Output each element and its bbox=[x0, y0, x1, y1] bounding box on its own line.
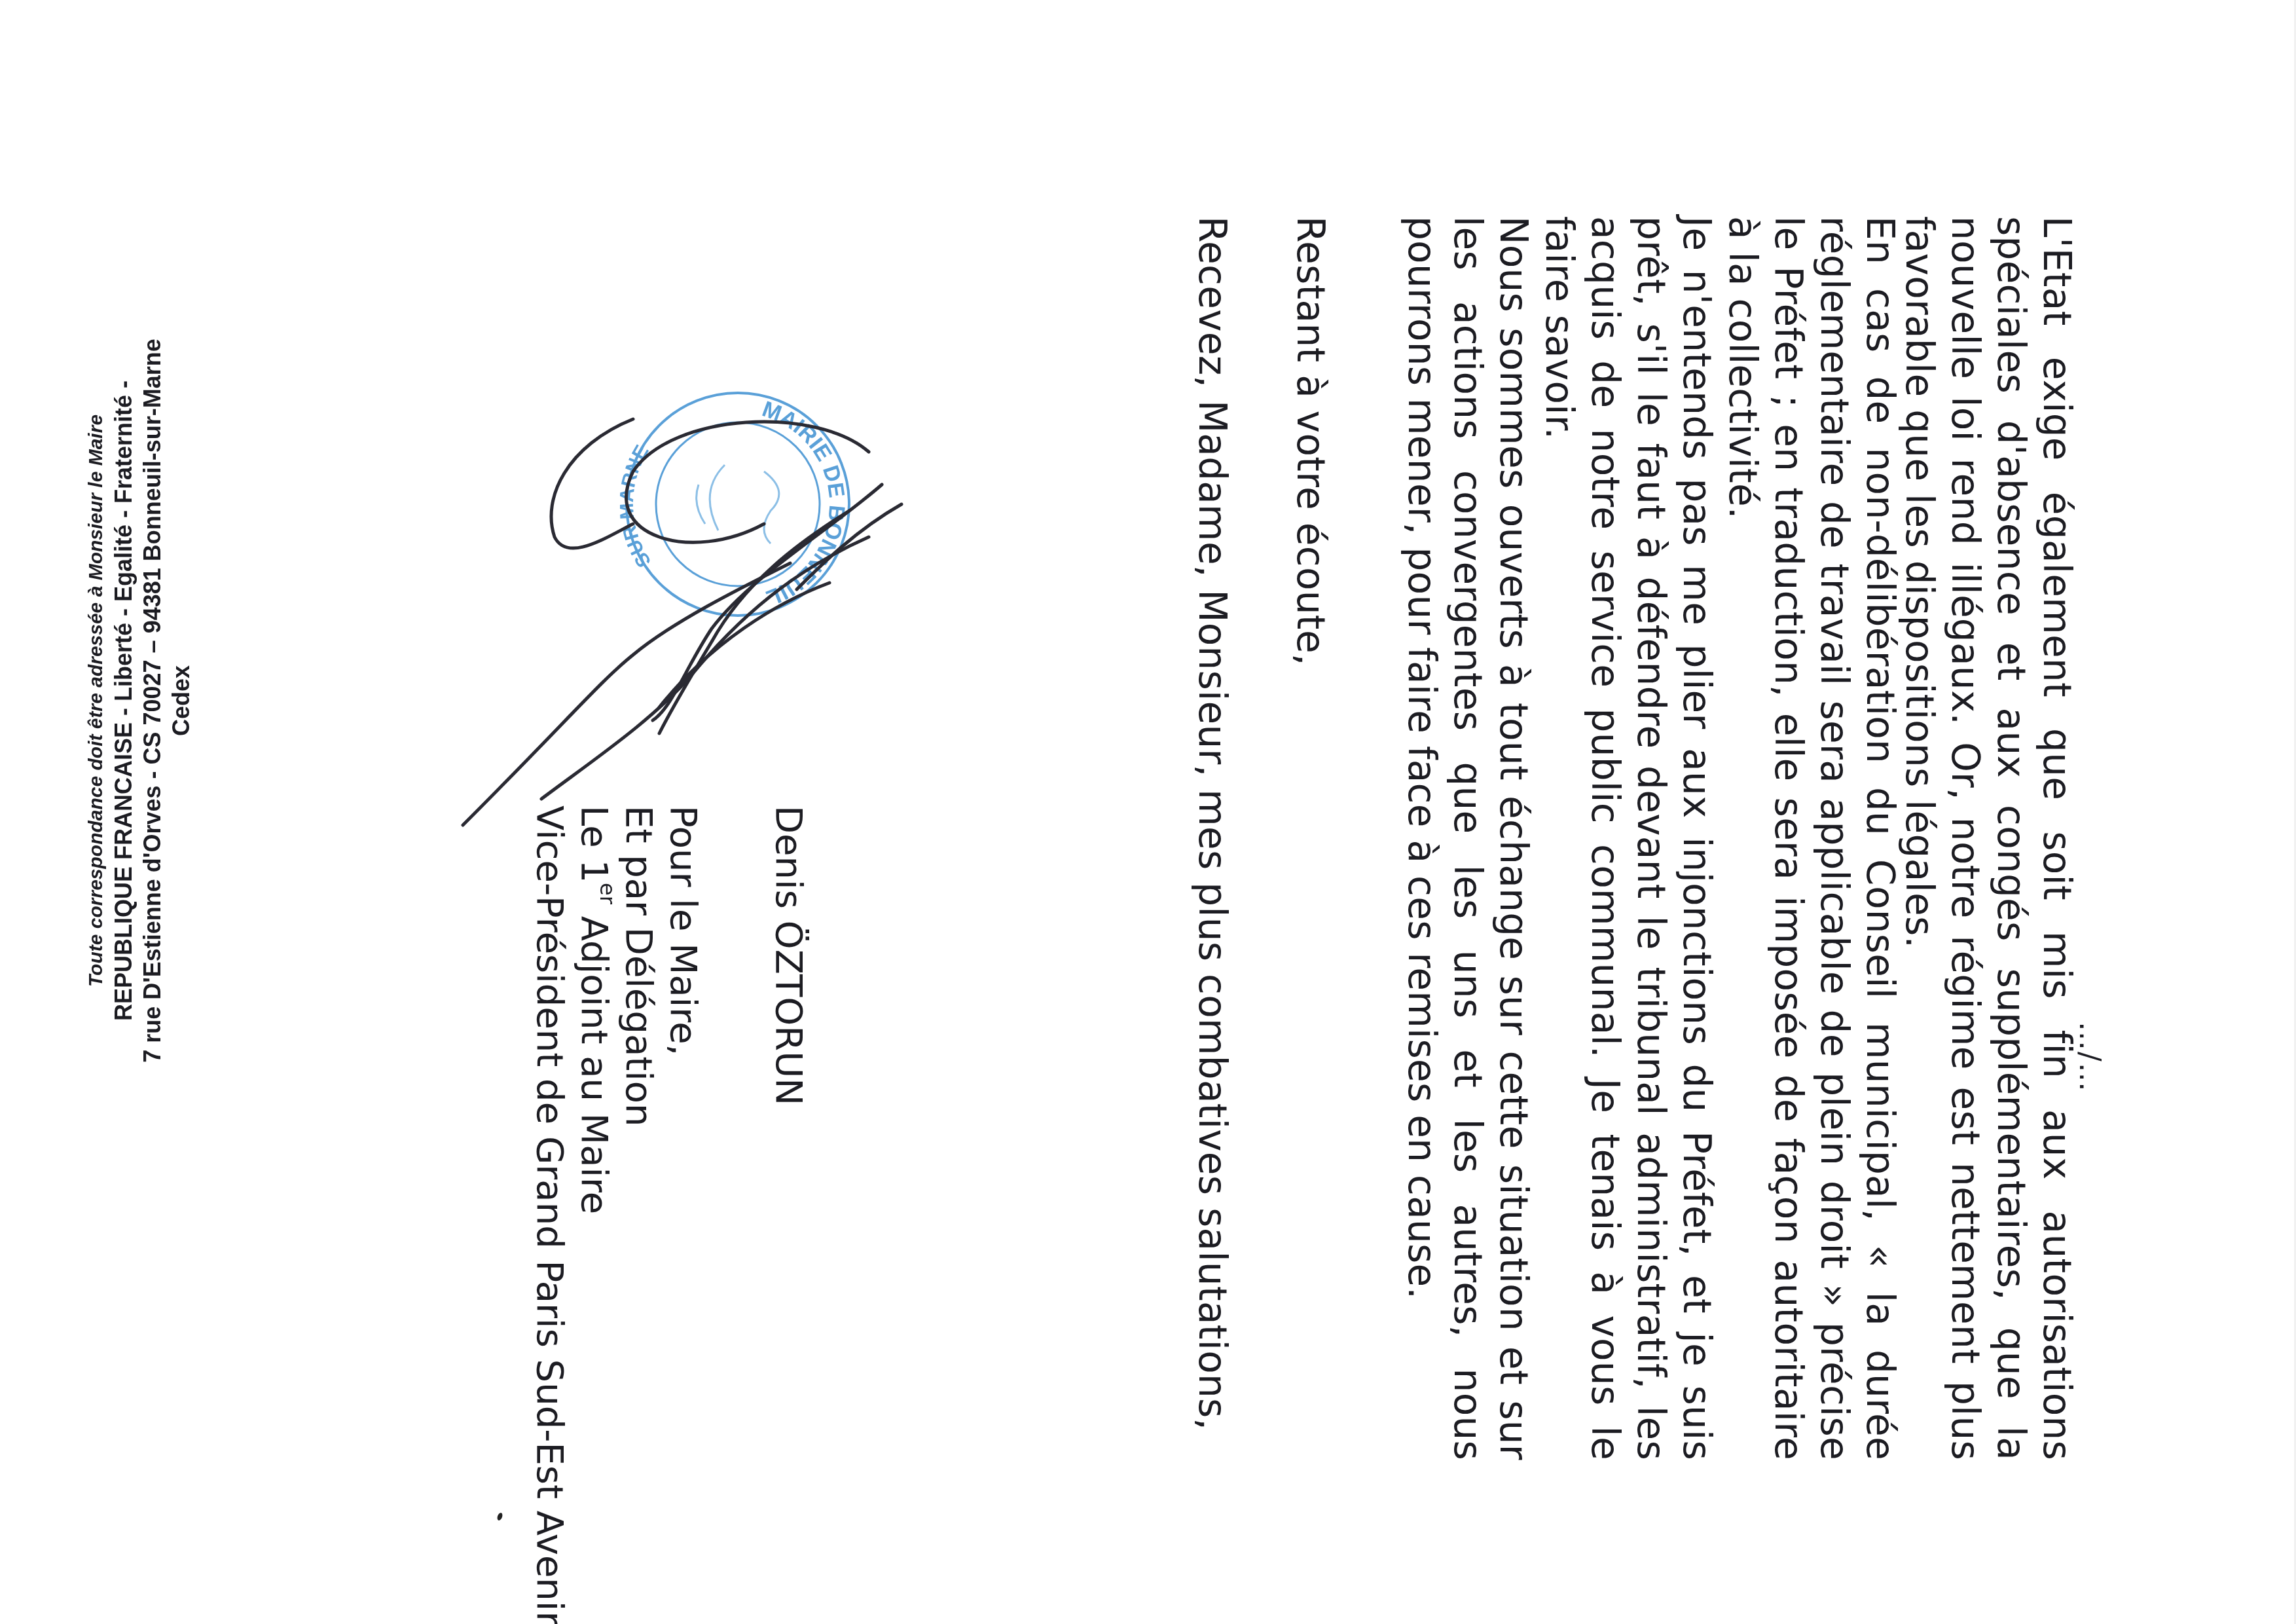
title-line-3: Le 1er Adjoint au Maire bbox=[572, 805, 616, 1624]
title-line-3-suffix: Adjoint au Maire bbox=[573, 904, 615, 1214]
signatory-name: Denis ÖZTORUN bbox=[767, 805, 810, 1105]
paragraph-text: Recevez, Madame, Monsieur, mes plus comb… bbox=[1190, 216, 1235, 1460]
paragraph-text: Je n'entends pas me plier aux injonction… bbox=[1537, 216, 1720, 1460]
footer-address: 7 rue D'Estienne d'Orves - CS 70027 – 94… bbox=[138, 308, 196, 1094]
paragraph-text: En cas de non-délibération du Conseil mu… bbox=[1720, 216, 1903, 1460]
paragraph-refusal: Je n'entends pas me plier aux injonction… bbox=[1537, 216, 1720, 1460]
letter-page: …/… L'Etat exige également que soit mis … bbox=[0, 0, 2296, 1624]
letterhead-footer: Toute correspondance doit être adressée … bbox=[83, 308, 196, 1094]
footer-notice: Toute correspondance doit être adressée … bbox=[83, 308, 109, 1094]
paragraph-non-deliberation: En cas de non-délibération du Conseil mu… bbox=[1720, 216, 1903, 1460]
closing-line: Restant à votre écoute, bbox=[1288, 216, 1334, 1067]
signatory-titles: Pour le Maire, Et par Délégation Le 1er … bbox=[527, 805, 705, 1624]
handwritten-signature bbox=[450, 367, 908, 864]
paragraph-openness: Nous sommes ouverts à tout échange sur c… bbox=[1399, 216, 1537, 1460]
footer-motto: REPUBLIQUE FRANCAISE - Liberté - Egalité… bbox=[109, 308, 138, 1094]
paragraph-state-requirement: L'Etat exige également que soit mis fin … bbox=[1897, 216, 2080, 1460]
salutation-line: Recevez, Madame, Monsieur, mes plus comb… bbox=[1190, 216, 1235, 1460]
ordinal-suffix: er bbox=[595, 883, 620, 904]
title-line-2: Et par Délégation bbox=[616, 805, 661, 1624]
title-line-1: Pour le Maire, bbox=[661, 805, 705, 1624]
paragraph-text: Restant à votre écoute, bbox=[1288, 216, 1334, 1067]
paragraph-text: L'Etat exige également que soit mis fin … bbox=[1897, 216, 2080, 1460]
title-line-4: Vice-Président de Grand Paris Sud-Est Av… bbox=[527, 805, 572, 1624]
paragraph-text: Nous sommes ouverts à tout échange sur c… bbox=[1399, 216, 1537, 1460]
scan-speck bbox=[496, 1512, 503, 1521]
title-line-3-prefix: Le 1 bbox=[573, 805, 615, 883]
